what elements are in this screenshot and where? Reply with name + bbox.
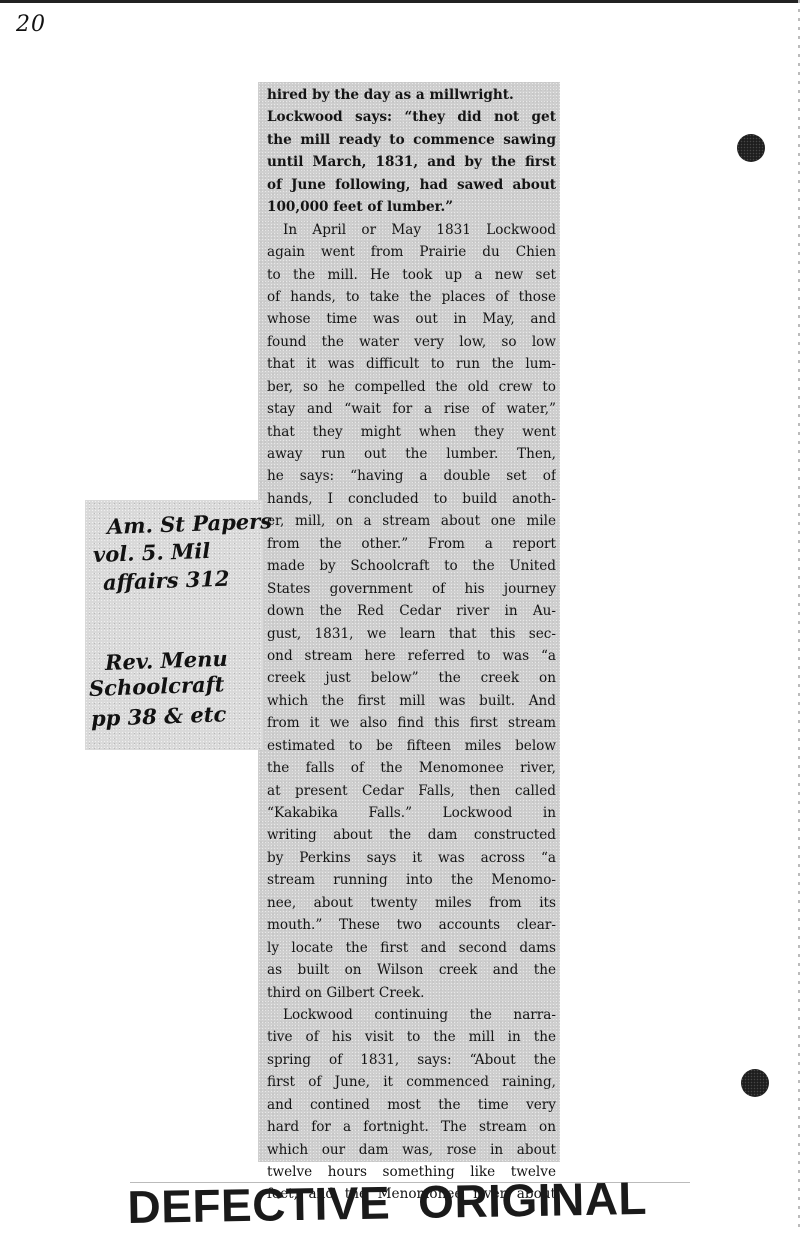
- clipping-text-line: estimated to be fifteen miles below: [267, 735, 556, 757]
- clipping-text-line: found the water very low, so low: [267, 331, 556, 353]
- clipping-text-line: away run out the lumber. Then,: [267, 443, 556, 465]
- stamp-word-original: ORIGINAL: [418, 1172, 648, 1228]
- clipping-text-line: to the mill. He took up a new set: [267, 264, 556, 286]
- punch-hole-bottom: [741, 1069, 769, 1097]
- clipping-text-line: of hands, to take the places of those: [267, 286, 556, 308]
- clipping-text-line: 100,000 feet of lumber.”: [267, 196, 556, 218]
- clipping-text-line: the mill ready to commence sawing: [267, 129, 556, 151]
- clipping-text-line: again went from Prairie du Chien: [267, 241, 556, 263]
- clipping-text-line: creek just below” the creek on: [267, 667, 556, 689]
- clipping-text-line: and contined most the time very: [267, 1094, 556, 1116]
- newspaper-clipping: hired by the day as a millwright.Lockwoo…: [258, 82, 560, 1162]
- clipping-text-line: Lockwood continuing the narra-: [267, 1004, 556, 1026]
- clipping-text-line: mouth.” These two accounts clear-: [267, 914, 556, 936]
- clipping-text-line: by Perkins says it was across “a: [267, 847, 556, 869]
- clipping-text-line: stream running into the Menomo-: [267, 869, 556, 891]
- clipping-text-line: as built on Wilson creek and the: [267, 959, 556, 981]
- clipping-text-line: er, mill, on a stream about one mile: [267, 510, 556, 532]
- clipping-text-line: Lockwood says: “they did not get: [267, 106, 556, 128]
- handwritten-note-1-line-3: affairs 312: [103, 566, 230, 595]
- clipping-text-line: tive of his visit to the mill in the: [267, 1026, 556, 1048]
- clipping-text-line: “Kakabika Falls.” Lockwood in: [267, 802, 556, 824]
- handwritten-note-2-line-2: Schoolcraft: [89, 671, 225, 701]
- clipping-text-line: that it was difficult to run the lum-: [267, 353, 556, 375]
- stamp-word-defective: DEFECTIVE: [127, 1176, 391, 1233]
- margin-note-patch: Am. St Papers vol. 5. Mil affairs 312 Re…: [85, 500, 263, 750]
- clipping-text-line: which our dam was, rose in about: [267, 1139, 556, 1161]
- clipping-text-line: which the first mill was built. And: [267, 690, 556, 712]
- clipping-text-line: first of June, it commenced raining,: [267, 1071, 556, 1093]
- defective-original-stamp: DEFECTIVEORIGINAL: [127, 1171, 647, 1233]
- clipping-text-line: from it we also find this first stream: [267, 712, 556, 734]
- clipping-text-line: States government of his journey: [267, 578, 556, 600]
- handwritten-note-2-line-1: Rev. Menu: [105, 646, 228, 675]
- clipping-text-line: stay and “wait for a rise of water,”: [267, 398, 556, 420]
- clipping-text-line: made by Schoolcraft to the United: [267, 555, 556, 577]
- clipping-text-line: nee, about twenty miles from its: [267, 892, 556, 914]
- clipping-text-line: the falls of the Menomonee river,: [267, 757, 556, 779]
- page-number: 20: [16, 12, 46, 37]
- clipping-text-line: at present Cedar Falls, then called: [267, 780, 556, 802]
- clipping-text-line: In April or May 1831 Lockwood: [267, 219, 556, 241]
- clipping-text-line: hard for a fortnight. The stream on: [267, 1116, 556, 1138]
- clipping-text-line: ber, so he compelled the old crew to: [267, 376, 556, 398]
- clipping-text-line: ond stream here referred to was “a: [267, 645, 556, 667]
- clipping-text-line: whose time was out in May, and: [267, 308, 556, 330]
- page-top-edge: [0, 0, 800, 3]
- clipping-text-line: third on Gilbert Creek.: [267, 982, 556, 1004]
- clipping-text-line: he says: “having a double set of: [267, 465, 556, 487]
- clipping-text-line: gust, 1831, we learn that this sec-: [267, 623, 556, 645]
- handwritten-note-1-line-1: Am. St Papers: [107, 508, 273, 539]
- handwritten-note-1-line-2: vol. 5. Mil: [93, 538, 211, 567]
- clipping-text-line: writing about the dam constructed: [267, 824, 556, 846]
- clipping-text-line: from the other.” From a report: [267, 533, 556, 555]
- clipping-text-line: spring of 1831, says: “About the: [267, 1049, 556, 1071]
- punch-hole-top: [737, 134, 765, 162]
- clipping-text-line: until March, 1831, and by the first: [267, 151, 556, 173]
- clipping-text-line: ly locate the first and second dams: [267, 937, 556, 959]
- clipping-text-line: that they might when they went: [267, 421, 556, 443]
- clipping-text-line: hired by the day as a millwright.: [267, 84, 556, 106]
- clipping-text-line: of June following, had sawed about: [267, 174, 556, 196]
- handwritten-note-2-line-3: pp 38 & etc: [91, 701, 227, 731]
- clipping-text-line: hands, I concluded to build anoth-: [267, 488, 556, 510]
- clipping-text-line: down the Red Cedar river in Au-: [267, 600, 556, 622]
